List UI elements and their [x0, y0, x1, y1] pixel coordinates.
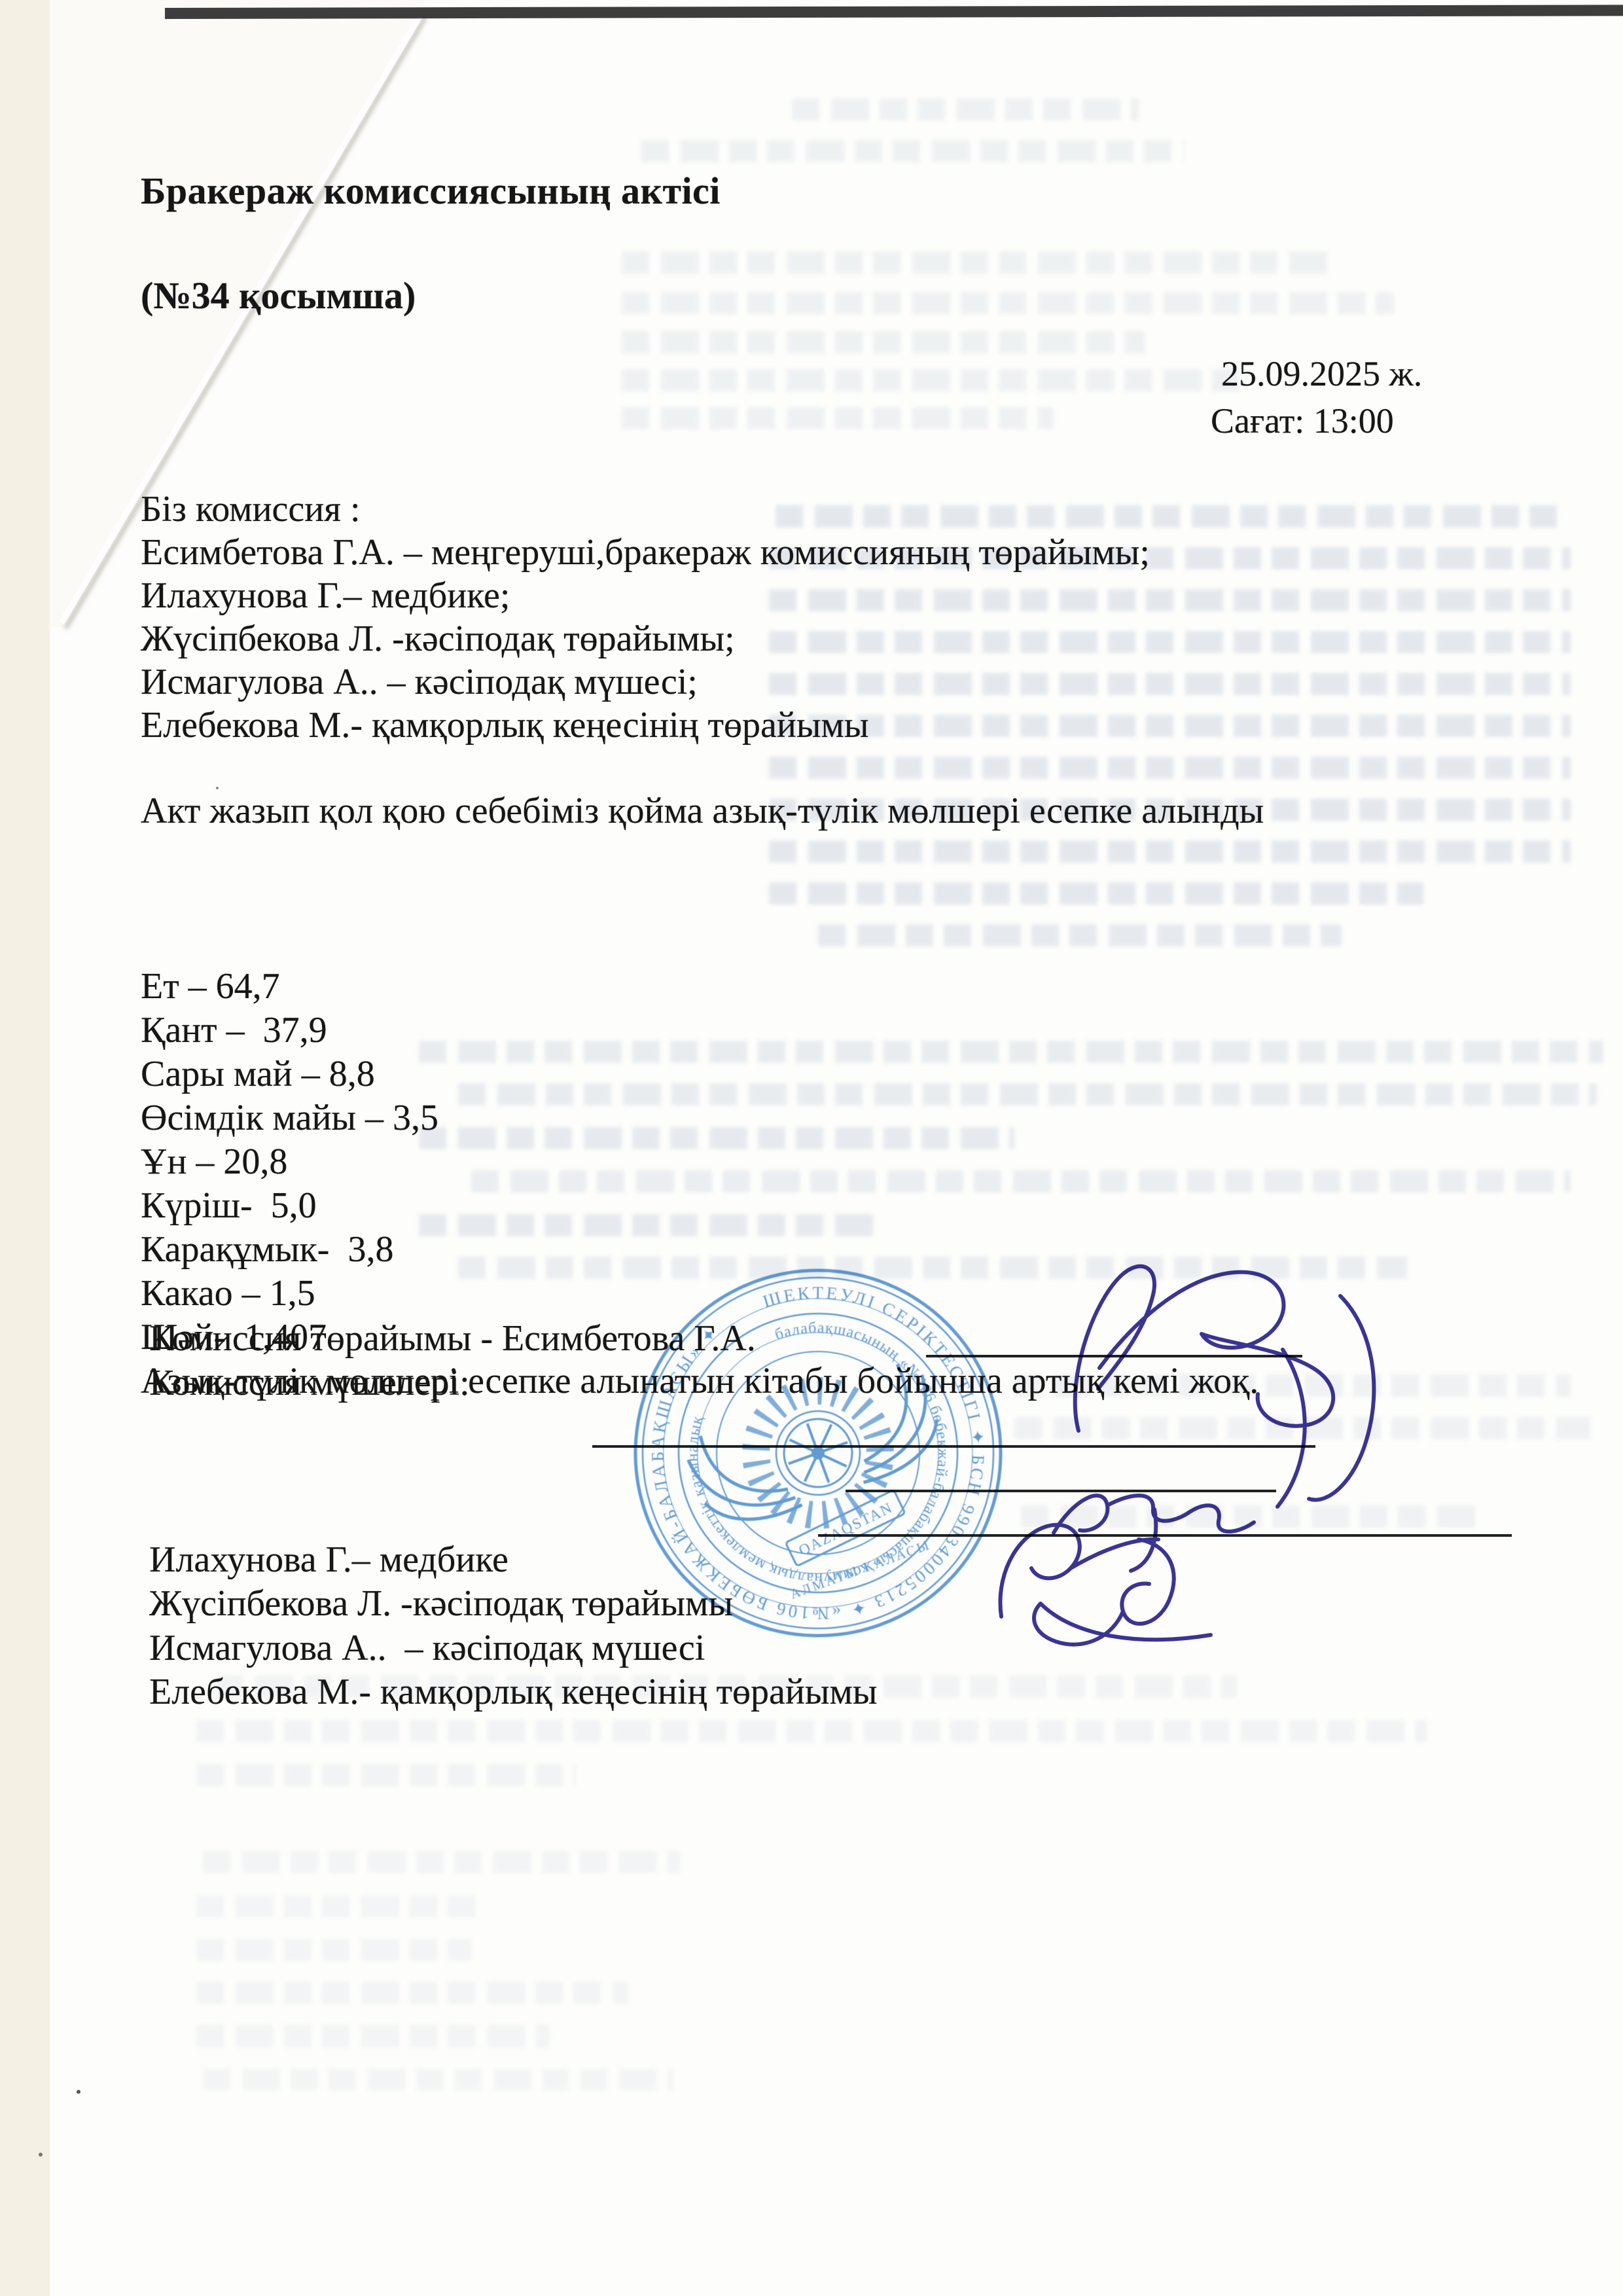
member-signature-line: Илахунова Г.– медбике	[149, 1538, 878, 1583]
stock-line: Ұн – 20,8	[141, 1140, 1264, 1184]
commission-line: Исмагулова А.. – кәсіподақ мүшесі;	[141, 660, 1150, 704]
signature-underline-ismagulova	[818, 1534, 1512, 1537]
chair-signature-line: Комиссия төрайымы - Есимбетова Г.А.	[149, 1317, 878, 1361]
signature-underline-ilakhunova	[592, 1445, 1315, 1448]
stock-line: Күріш- 5,0	[141, 1184, 1264, 1228]
bleed-through-line	[196, 1982, 628, 2004]
member-autograph	[1071, 1539, 1158, 1568]
stock-line: Қант – 37,9	[141, 1009, 1264, 1052]
commission-line: Есимбетова Г.А. – меңгеруші,бракераж ком…	[141, 531, 1150, 574]
bleed-through-line	[641, 140, 1185, 162]
page-title: Бракераж комиссиясының актісі	[141, 169, 721, 213]
bleed-through-line	[1014, 1417, 1590, 1439]
member-signature-line: Жүсіпбекова Л. -кәсіподақ төрайымы	[149, 1582, 878, 1626]
signature-underline-chair	[926, 1355, 1302, 1357]
scanner-edge-strip	[0, 0, 50, 2296]
members-label: Комиссия мүшелері:	[149, 1361, 878, 1406]
bleed-through-line	[622, 369, 1243, 391]
stock-line: Өсімдік майы – 3,5	[141, 1096, 1264, 1140]
member-autograph	[1000, 1525, 1079, 1617]
bleed-through-line	[196, 1939, 471, 1961]
bleed-through-line	[622, 292, 1394, 314]
time-text: Сағат: 13:00	[1211, 401, 1394, 441]
bleed-through-line	[196, 2025, 550, 2047]
stock-line: Ет – 64,7	[141, 965, 1264, 1009]
bleed-through-line	[769, 757, 1571, 779]
act-reason-line: Акт жазып қол қою себебіміз қойма азық-т…	[141, 789, 1264, 833]
stock-line: Сары май – 8,8	[141, 1052, 1264, 1096]
commission-line: Илахунова Г.– медбике;	[141, 574, 1150, 617]
stock-list: Ет – 64,7Қант – 37,9Сары май – 8,8Өсімді…	[141, 833, 1264, 1359]
commission-list: Біз комиссия :Есимбетова Г.А. – меңгеруш…	[141, 488, 1150, 747]
bleed-through-line	[792, 98, 1139, 120]
signature-underline-zhusipbekova	[846, 1490, 1276, 1492]
commission-line: Елебекова М.- қамқорлық кеңесінің төрайы…	[141, 704, 1150, 747]
bleed-through-line	[203, 2068, 674, 2090]
member-signature-line: Исмагулова А.. – кәсіподақ мүшесі	[149, 1626, 878, 1671]
bleed-through-line	[622, 251, 1335, 274]
bleed-through-line	[203, 1851, 681, 1873]
bleed-through-line	[622, 331, 1145, 353]
chair-autograph	[1309, 1296, 1374, 1500]
inventory-section: Акт жазып қол қою себебіміз қойма азық-т…	[141, 789, 1264, 1403]
commission-line: Біз комиссия :	[141, 488, 1150, 531]
commission-line: Жүсіпбекова Л. -кәсіподақ төрайымы;	[141, 617, 1150, 660]
speck	[77, 2090, 80, 2094]
date-text: 25.09.2025 ж.	[1221, 353, 1422, 394]
appendix-number: (№34 қосымша)	[141, 274, 416, 317]
signature-section: Комиссия төрайымы - Есимбетова Г.А. Коми…	[149, 1317, 878, 1715]
stock-line: Карақұмык- 3,8	[141, 1228, 1264, 1272]
member-autograph	[1034, 1604, 1211, 1645]
speck	[39, 2153, 43, 2157]
scanned-document-page: Бракераж комиссиясының актісі (№34 қосым…	[0, 0, 1623, 2296]
bleed-through-line	[1021, 1505, 1479, 1528]
scan-top-border	[165, 5, 1623, 19]
bleed-through-line	[196, 1720, 1427, 1742]
member-signature-lines: Илахунова Г.– медбикеЖүсіпбекова Л. -кәс…	[149, 1405, 878, 1715]
bleed-through-line	[196, 1764, 576, 1786]
bleed-through-line	[622, 407, 1054, 429]
member-autograph	[1122, 1539, 1173, 1624]
member-signature-line: Елебекова М.- қамқорлық кеңесінің төрайы…	[149, 1670, 878, 1715]
bleed-through-line	[196, 1895, 484, 1918]
stock-line: Какао – 1,5	[141, 1272, 1264, 1316]
